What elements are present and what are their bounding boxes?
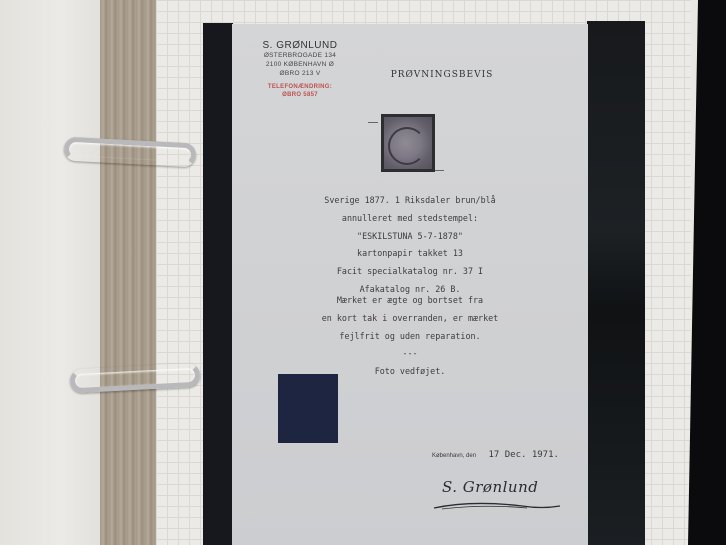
stamp-image [381, 114, 435, 172]
expert-name: S. GRØNLUND [250, 40, 350, 51]
description-line: Sverige 1877. 1 Riksdaler brun/blå [232, 192, 588, 210]
opinion-line: fejlfrit og uden reparation. [232, 328, 588, 346]
signature: S. Grønlund [432, 476, 562, 516]
stamp-photo [376, 112, 440, 176]
opinion-separator: --- [232, 345, 588, 363]
description-line: "ESKILSTUNA 5-7-1878" [232, 228, 588, 246]
album-photo: S. GRØNLUND ØSTERBROGADE 134 2100 KØBENH… [0, 0, 726, 545]
certificate-title: PRØVNINGSBEVIS [372, 70, 512, 80]
corner-mark [368, 122, 378, 123]
opinion-line: en kort tak i overranden, er mærket [232, 310, 588, 328]
mount-strip-left [203, 23, 233, 545]
certificate-date: 17 Dec. 1971. [489, 450, 559, 460]
signature-flourish-icon [432, 476, 562, 516]
certificate: S. GRØNLUND ØSTERBROGADE 134 2100 KØBENH… [232, 24, 588, 545]
expert-opinion: Mærket er ægte og bortset fra en kort ta… [232, 292, 588, 381]
album-cover-edge [688, 0, 726, 545]
address-line: ØBRO 213 V [250, 69, 350, 78]
page-edges [100, 0, 158, 545]
description-line: kartonpapir takket 13 [232, 245, 588, 263]
postmark-icon [384, 117, 432, 169]
description-line: annulleret med stedstempel: [232, 210, 588, 228]
description-line: Facit specialkatalog nr. 37 I [232, 263, 588, 281]
phone-number: ØBRO 5857 [250, 91, 350, 99]
stamp-description: Sverige 1877. 1 Riksdaler brun/blå annul… [232, 192, 588, 299]
place-label: København, den [432, 453, 476, 459]
address-line: 2100 KØBENHAVN Ø [250, 60, 350, 69]
opinion-line: Mærket er ægte og bortset fra [232, 292, 588, 310]
letterhead: S. GRØNLUND ØSTERBROGADE 134 2100 KØBENH… [250, 40, 350, 99]
corner-mark [434, 170, 444, 171]
binder-left-page [0, 0, 102, 545]
phone-label: TELEFONÆNDRING: [250, 83, 350, 91]
address-line: ØSTERBROGADE 134 [250, 51, 350, 60]
embossed-seal-square [278, 374, 338, 443]
place-date: København, den 17 Dec. 1971. [432, 444, 559, 462]
mount-strip-right [587, 21, 645, 545]
